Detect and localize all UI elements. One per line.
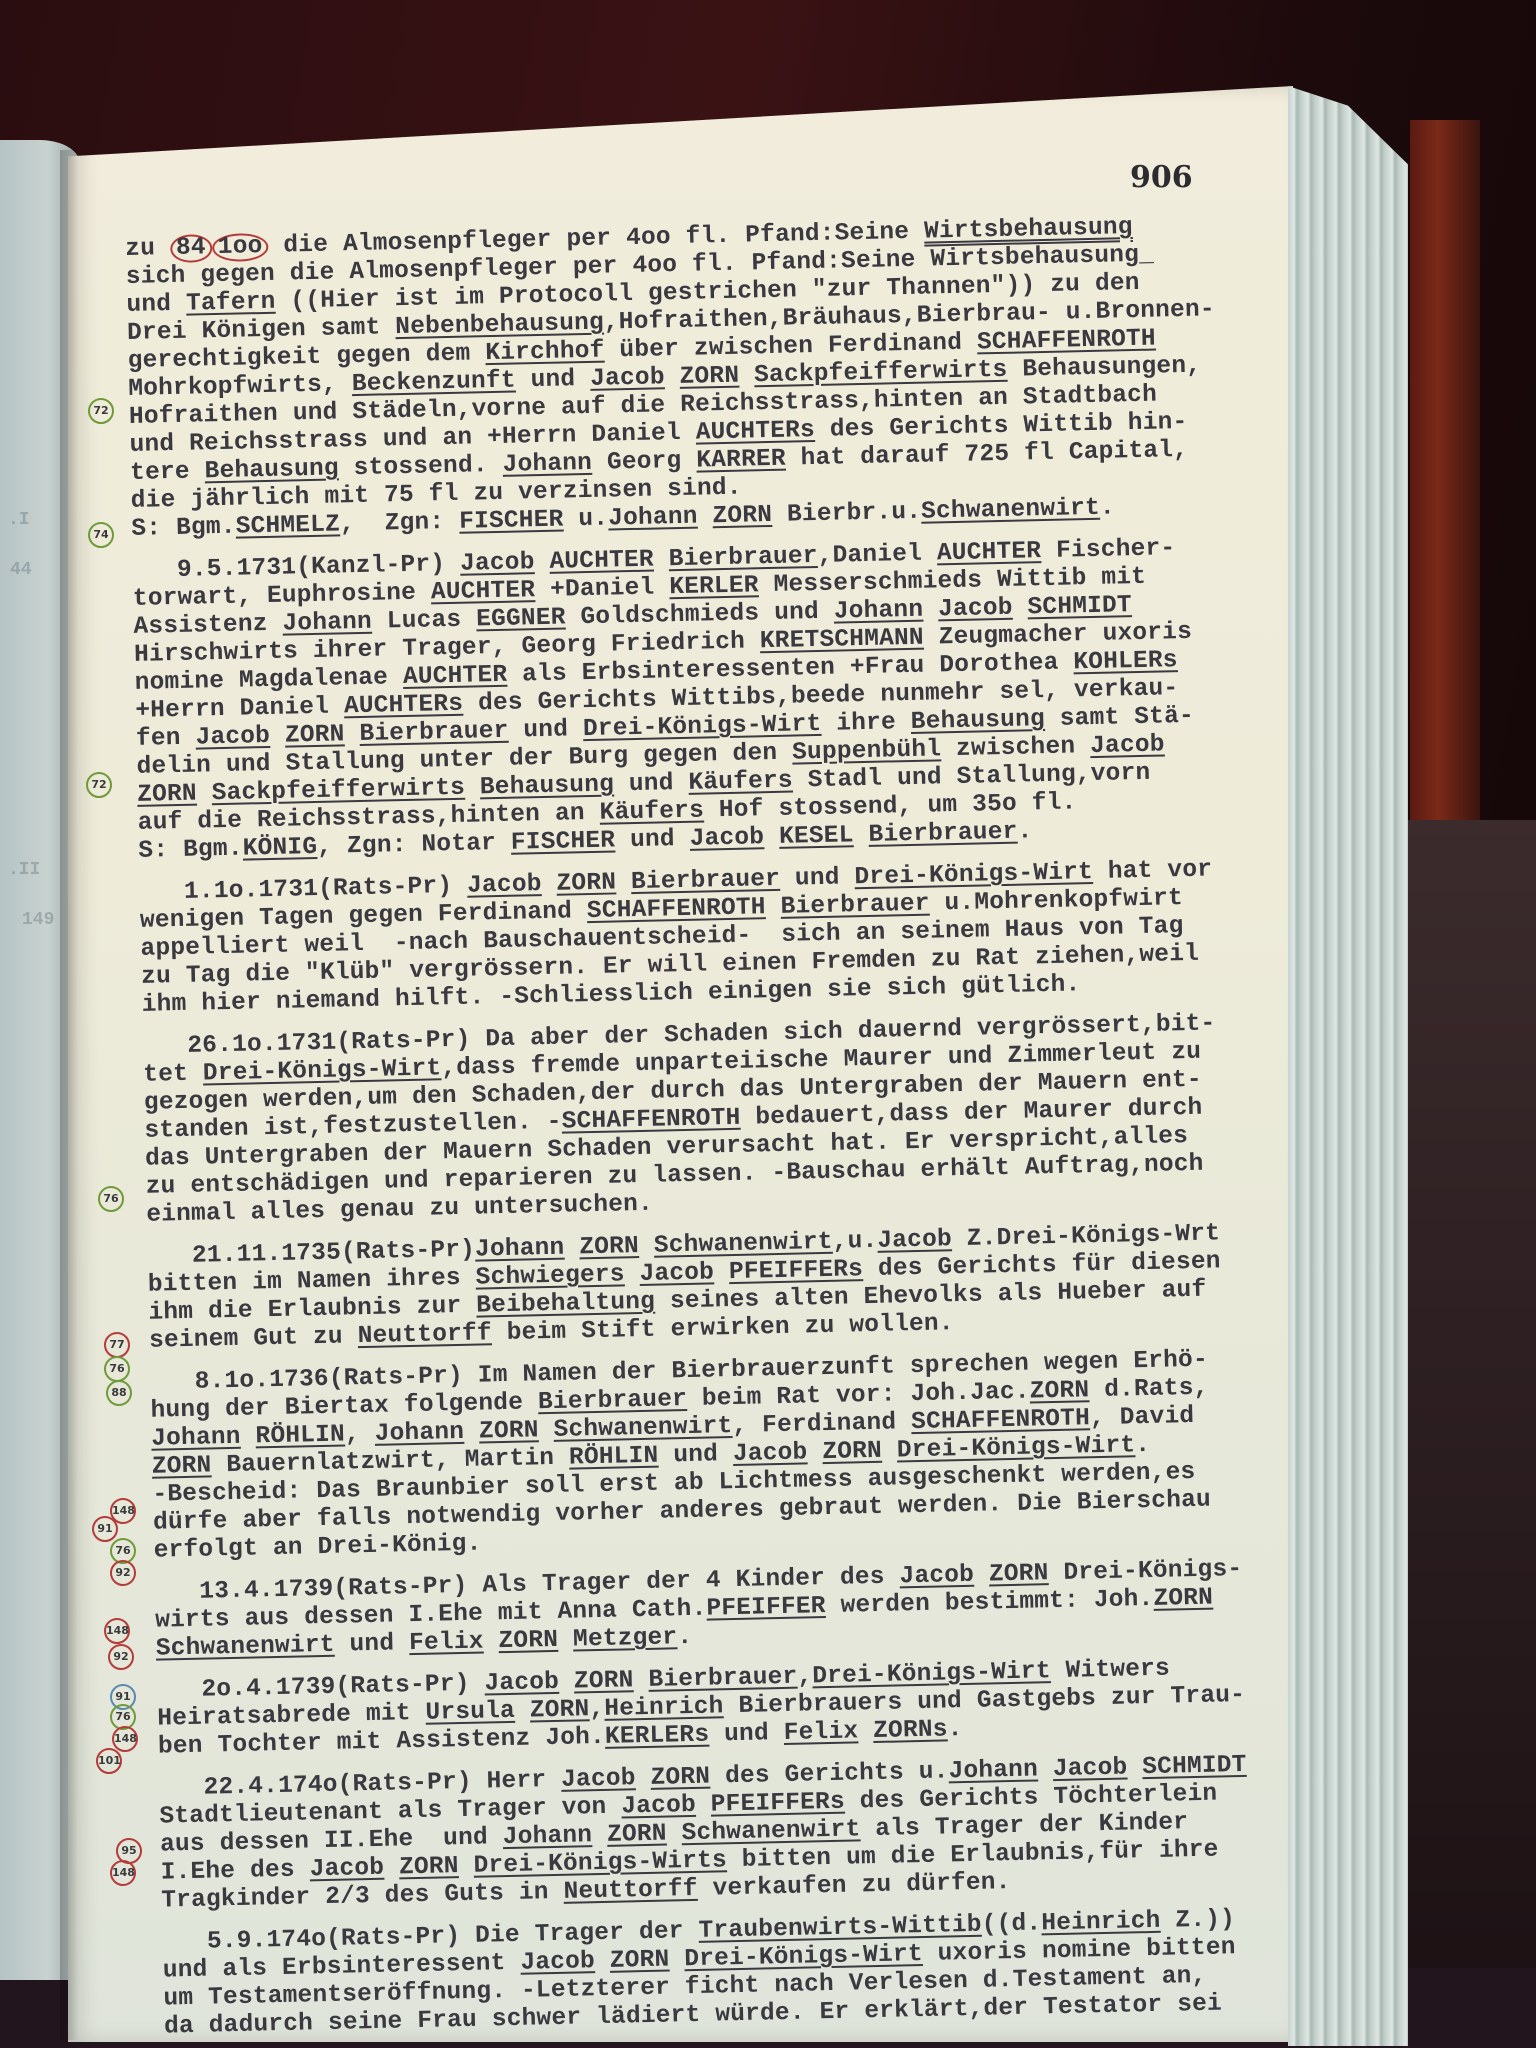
margin-mark: 77 bbox=[104, 1332, 130, 1358]
page-number: 906 bbox=[1130, 160, 1193, 195]
left-page-fragment: .I bbox=[8, 510, 30, 530]
margin-mark: 76 bbox=[104, 1356, 130, 1382]
left-page-fragment: 149 bbox=[22, 910, 54, 930]
typewritten-text: zu 841oo die Almosenpfleger per 4oo fl. … bbox=[125, 210, 1344, 2041]
circled-ref: 1oo bbox=[212, 233, 269, 262]
margin-mark: 92 bbox=[110, 1560, 136, 1586]
margin-mark: 91 bbox=[92, 1516, 118, 1542]
margin-mark: 72 bbox=[88, 398, 114, 424]
margin-mark: 88 bbox=[106, 1380, 132, 1406]
book-gutter bbox=[60, 150, 78, 2040]
margin-mark: 92 bbox=[108, 1644, 134, 1670]
margin-mark: 76 bbox=[98, 1186, 124, 1212]
margin-mark: 148 bbox=[104, 1618, 130, 1644]
margin-mark: 101 bbox=[96, 1748, 122, 1774]
margin-mark: 148 bbox=[110, 1860, 136, 1886]
left-page-fragment: 44 bbox=[10, 560, 32, 580]
margin-mark: 74 bbox=[88, 522, 114, 548]
left-page-fragment: .II bbox=[8, 860, 40, 880]
circled-ref: 84 bbox=[170, 234, 212, 263]
margin-mark: 148 bbox=[112, 1726, 138, 1752]
margin-mark: 72 bbox=[86, 772, 112, 798]
